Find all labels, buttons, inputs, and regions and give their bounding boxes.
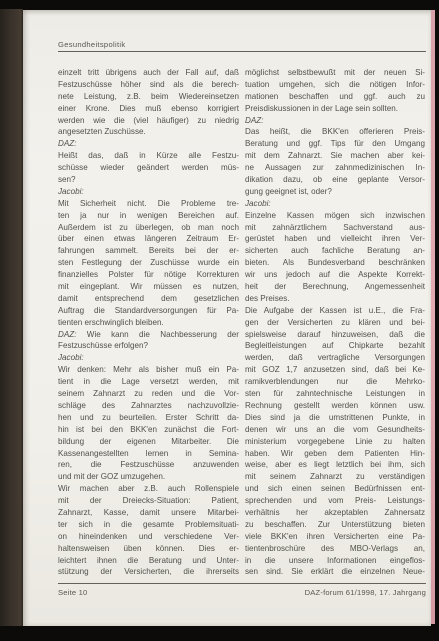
text-line: weise, aber es liegt letztlich bei ihm, … bbox=[245, 459, 425, 471]
text-line: verhältnis her akzeptablen Zahnersatz bbox=[245, 507, 425, 519]
text-line: einzelt tritt übrigens auch der Fall auf… bbox=[58, 67, 239, 79]
text-line: mit der Dreiecks-Situation: Patient, bbox=[58, 495, 239, 507]
text-line: on hineindenken und verschiedene Ver- bbox=[58, 531, 239, 543]
article-column-right: möglichst selbstbewußt mit der neuen Si-… bbox=[245, 67, 425, 578]
text-line: seinem Zahnarzt zu reden und die Vor- bbox=[58, 388, 239, 400]
text-line: DAZ: bbox=[58, 138, 239, 150]
text-line: damit entsprechend dem gesetzlichen bbox=[58, 293, 239, 305]
text-line: leichtert ihnen die Beratung und Unter- bbox=[58, 555, 239, 567]
text-line: DAZ: bbox=[245, 115, 425, 127]
text-line: Festzuschüsse höher sind als die berech- bbox=[58, 79, 239, 91]
footer-page-number: Seite 10 bbox=[58, 588, 87, 597]
text-line: fahrungen sammelt. Bereits bei der er- bbox=[58, 245, 239, 257]
text-line: Heißt das, daß in Kürze alle Festzu- bbox=[58, 150, 239, 162]
text-line: ne Aussagen zur zahnmedizinischen In- bbox=[245, 162, 425, 174]
text-line: dikation dazu, ob eine geplante Versor- bbox=[245, 174, 425, 186]
text-line: Auftrag die Standardversorgungen für Pa- bbox=[58, 305, 239, 317]
text-line: mit eingeplant. Wir müssen es nutzen, bbox=[58, 281, 239, 293]
text-line: sten für zahntechnische Leistungen in bbox=[245, 388, 425, 400]
text-line: gung geeignet ist, oder? bbox=[245, 186, 425, 198]
text-line: sen? bbox=[58, 174, 239, 186]
text-line: Jacobi: bbox=[245, 198, 425, 210]
text-line: finanzielles Polster für nötige Korrektu… bbox=[58, 269, 239, 281]
text-line: über einen etwas längeren Zeitraum Er- bbox=[58, 233, 239, 245]
text-line: in die unsere Informationen eingeflos- bbox=[245, 555, 425, 567]
text-line: haltensweisen üben können. Dies er- bbox=[58, 543, 239, 555]
text-line: werden wie die (viel häufiger) zu niedri… bbox=[58, 115, 239, 127]
footer-rule bbox=[58, 583, 426, 584]
text-line: Die Aufgabe der Kassen ist u.E., die Fra… bbox=[245, 305, 425, 317]
text-line: zu beschaffen. Zur Unterstützung bieten bbox=[245, 519, 425, 531]
scan-left-edge bbox=[0, 9, 23, 626]
text-line: Preisdiskussionen in der Lage sein sollt… bbox=[245, 103, 425, 115]
scan-pink-edge-strip bbox=[431, 10, 435, 624]
header-rule bbox=[58, 51, 426, 52]
text-line: gerüstet haben und vielleicht ihren Ver- bbox=[245, 233, 425, 245]
text-line: sten Festlegung der Zuschüsse wurde ein bbox=[58, 257, 239, 269]
text-line: bieten. Als Bundesverband beschränken bbox=[245, 257, 425, 269]
text-line: Außerdem ist zu überlegen, ob man noch bbox=[58, 222, 239, 234]
text-line: Wir denken: Mehr als bisher muß ein Pa- bbox=[58, 364, 239, 376]
section-header: Gesundheitspolitik bbox=[58, 40, 125, 49]
text-line: des Preises. bbox=[245, 293, 425, 305]
text-line: mit GOZ 1,7 anzusetzen sind, daß bei Ke- bbox=[245, 364, 425, 376]
text-line: mationen beschaffen und ggf. auch zu bbox=[245, 91, 425, 103]
text-line: ministerium vorgegebene Linie zu halten bbox=[245, 436, 425, 448]
text-line: bildung der eigenen Mitarbeiter. Die bbox=[58, 436, 239, 448]
text-line: möglichst selbstbewußt mit der neuen Si- bbox=[245, 67, 425, 79]
text-line: hen und zu beurteilen. Erster Schritt da… bbox=[58, 412, 239, 424]
text-line: angesetzten Zuschüsse. bbox=[58, 126, 239, 138]
text-line: viele BKK'en ihren Versicherten eine Pa- bbox=[245, 531, 425, 543]
text-line: gen der Versicherten zu klären und bei- bbox=[245, 317, 425, 329]
text-line: haben. Wir geben dem Patienten Hin- bbox=[245, 448, 425, 460]
text-line: Begleitleistungen auf Chipkarte bezahlt bbox=[245, 340, 425, 352]
text-line: Festzuschüsse erfolgen? bbox=[58, 340, 239, 352]
text-line: heit der Berechnung, Angemessenheit bbox=[245, 281, 425, 293]
text-line: Dies sind ja die umstrittenen Punkte, in bbox=[245, 412, 425, 424]
text-line: ren, die Festzuschüsse anzuwenden bbox=[58, 459, 239, 471]
text-line: Mit Sicherheit nicht. Die Probleme tre- bbox=[58, 198, 239, 210]
text-line: schläge des Zahnarztes nachzuvollzie- bbox=[58, 400, 239, 412]
text-line: Jacobi: bbox=[58, 352, 239, 364]
text-line: sen sind. Sie erklärt die einzelnen Neue… bbox=[245, 566, 425, 578]
text-line: mit zahnärztlichem Sachverstand aus- bbox=[245, 222, 425, 234]
text-line: mit dem Zahnarzt. Sie machen aber kei- bbox=[245, 150, 425, 162]
text-line: wir uns jedoch auf die Aspekte Korrekt- bbox=[245, 269, 425, 281]
article-body: einzelt tritt übrigens auch der Fall auf… bbox=[58, 67, 425, 578]
text-line: DAZ: Wie kann die Nachbesserung der bbox=[58, 329, 239, 341]
text-line: Kassenangestellten lernen in Semina- bbox=[58, 448, 239, 460]
text-line: werden, daß vertragliche Versorgungen bbox=[245, 352, 425, 364]
magazine-page: Gesundheitspolitik einzelt tritt übrigen… bbox=[23, 10, 431, 626]
text-line: Zahnarzt, Kasse, damit unsere Mitarbei- bbox=[58, 507, 239, 519]
footer-issue-info: DAZ-forum 61/1998, 17. Jahrgang bbox=[305, 588, 426, 597]
text-line: schüsse wieder geändert werden müs- bbox=[58, 162, 239, 174]
article-column-left: einzelt tritt übrigens auch der Fall auf… bbox=[58, 67, 239, 578]
text-line: Rechnung gestellt werden können usw. bbox=[245, 400, 425, 412]
text-line: ramikverblendungen nur die Mehrko- bbox=[245, 376, 425, 388]
text-line: und sich einen seinen Bedürfnissen ent- bbox=[245, 483, 425, 495]
text-line: Beratung und ggf. Tips für den Umgang bbox=[245, 138, 425, 150]
scanned-page-frame: Gesundheitspolitik einzelt tritt übrigen… bbox=[0, 0, 439, 641]
text-line: tuation umgehen, sich die nötigen Infor- bbox=[245, 79, 425, 91]
text-line: sicherten auch fachliche Beratung an- bbox=[245, 245, 425, 257]
text-line: denen wir uns an die vom Gesundheits- bbox=[245, 424, 425, 436]
text-line: tienten erschwinglich bleiben. bbox=[58, 317, 239, 329]
page-footer: Seite 10 DAZ-forum 61/1998, 17. Jahrgang bbox=[58, 588, 426, 597]
text-line: mit seinem Zahnarzt zu verständigen bbox=[245, 471, 425, 483]
text-line: einer Krone. Dies muß ebenso korrigiert bbox=[58, 103, 239, 115]
text-line: sprechenden und vom Preis- Leistungs- bbox=[245, 495, 425, 507]
text-line: ter sich in die gesamte Problemsituati- bbox=[58, 519, 239, 531]
text-line: Einzelne Kassen mögen sich inzwischen bbox=[245, 210, 425, 222]
text-line: Das heißt, die BKK'en offerieren Preis- bbox=[245, 126, 425, 138]
text-line: Wir machen aber z.B. auch Rollenspiele bbox=[58, 483, 239, 495]
text-line: Jacobi: bbox=[58, 186, 239, 198]
text-line: stützung der Versicherten, die ihrerseit… bbox=[58, 566, 239, 578]
text-line: nete Leistung, z.B. beim Wiedereinsetzen bbox=[58, 91, 239, 103]
text-line: ten ja nur in wenigen Bereichen auf. bbox=[58, 210, 239, 222]
text-line: hin ist bei den BKK'en zunächst die Fort… bbox=[58, 424, 239, 436]
text-line: spielsweise darauf hinzuweisen, daß die bbox=[245, 329, 425, 341]
text-line: tientenbroschüre des MBO-Verlags an, bbox=[245, 543, 425, 555]
text-line: und mit der GOZ umzugehen. bbox=[58, 471, 239, 483]
text-line: tient in die Lage versetzt werden, mit bbox=[58, 376, 239, 388]
